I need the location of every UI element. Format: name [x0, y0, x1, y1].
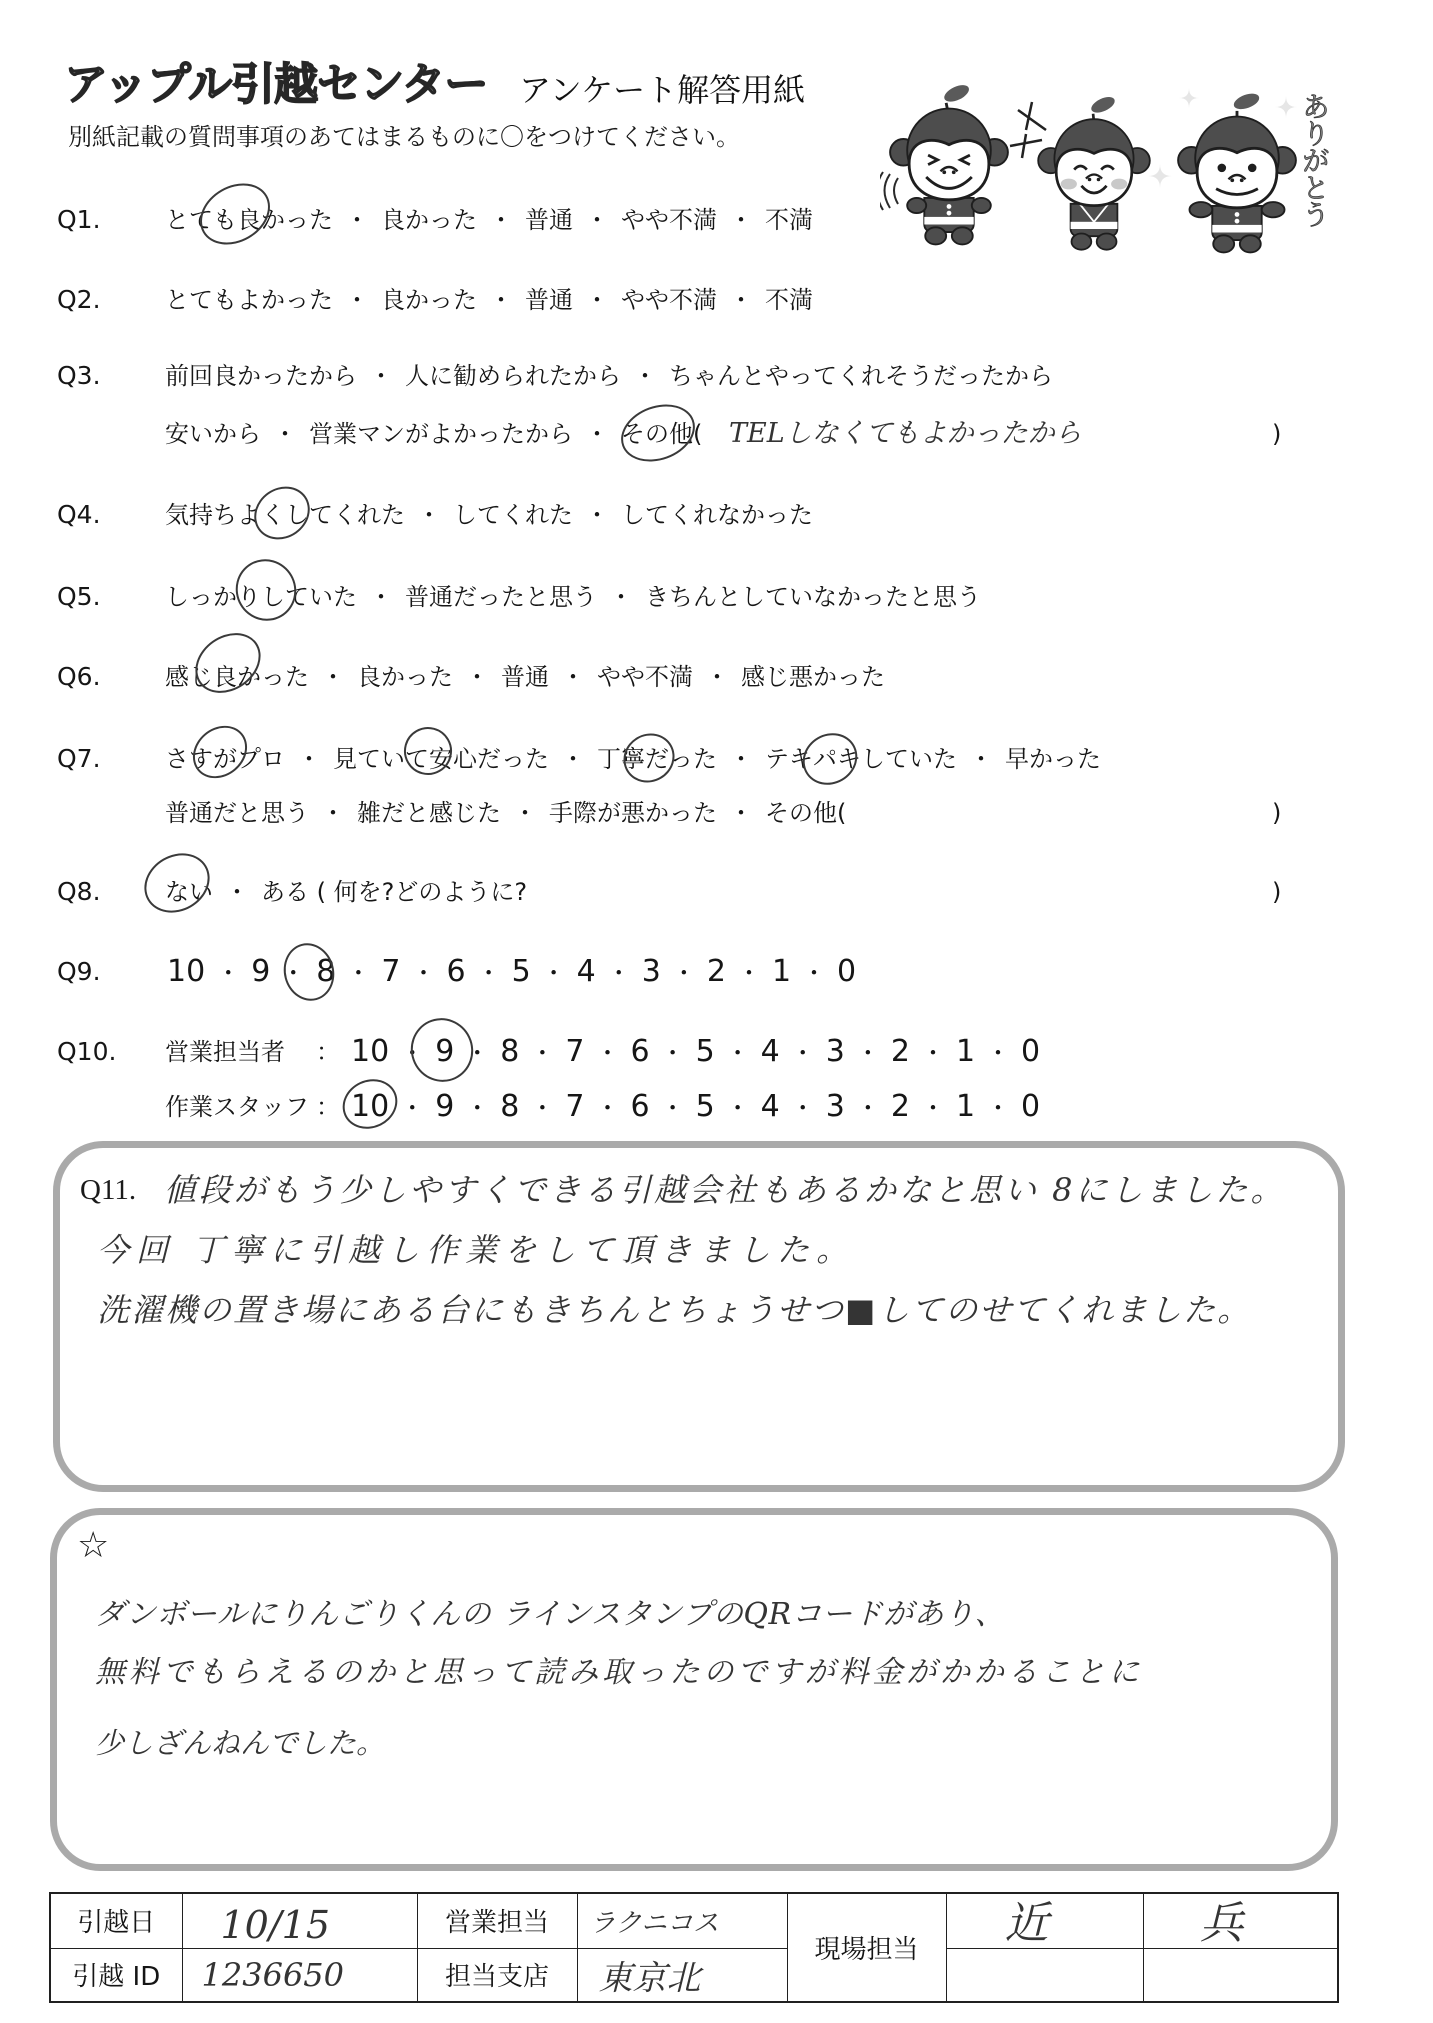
answer-circle-mark-q7 [182, 715, 257, 789]
option: 良かった [381, 286, 477, 314]
site-staff-cell: 兵 [1143, 1893, 1338, 1948]
option: 普通 [525, 286, 573, 314]
separator: ・ [780, 1091, 826, 1125]
option: 手際が悪かった [549, 799, 717, 827]
separator: ・ [717, 203, 765, 237]
question-label: Q4. [57, 498, 101, 532]
separator: ・ [285, 742, 333, 776]
question-7-line-2: 普通だと思う・雑だと感じた・手際が悪かった・その他( ) [0, 796, 1433, 830]
rating-scale: 10・9・8・7・6・5・4・3・2・1・0 [351, 1090, 1040, 1125]
question-label: Q11. [80, 1172, 136, 1208]
separator: ・ [584, 1036, 630, 1070]
rating-value: 5 [696, 1089, 715, 1124]
rating-target-label: 作業スタッフ [165, 1090, 309, 1124]
move-id-cell: 1236650 [182, 1948, 417, 2002]
separator: ・ [717, 796, 765, 830]
separator: ・ [261, 417, 309, 451]
separator: ・ [501, 796, 549, 830]
survey-answer-sheet: アップル引越センター アンケート解答用紙 別紙記載の質問事項のあてはまるものに〇… [0, 0, 1433, 2023]
separator: ・ [335, 956, 381, 990]
separator: ・ [519, 1091, 565, 1125]
option: やや不満 [621, 206, 717, 234]
separator: ・ [573, 498, 621, 532]
separator: ・ [650, 1036, 696, 1070]
rating-value: 2 [707, 954, 726, 989]
option: ちゃんとやってくれそうだったから [669, 362, 1053, 390]
separator: ・ [726, 956, 772, 990]
separator: ・ [357, 580, 405, 614]
option: やや不満 [621, 286, 717, 314]
closing-parenthesis: ) [1272, 417, 1281, 451]
separator: ・ [910, 1036, 956, 1070]
question-label: Q1. [57, 203, 101, 237]
option: 営業マンがよかったから [309, 420, 573, 448]
question-4: Q4. 気持ちよくしてくれた・してくれた・してくれなかった [0, 498, 1433, 532]
option-other: その他( [765, 799, 846, 827]
option: やや不満 [597, 663, 693, 691]
rating-value: 6 [630, 1034, 649, 1069]
separator: ・ [333, 283, 381, 317]
separator: ・ [957, 742, 1005, 776]
move-id-label: 引越 ID [50, 1948, 182, 2002]
brand-title: アップル引越センター [64, 57, 487, 113]
question-5: Q5. しっかりしていた・普通だったと思う・きちんとしていなかったと思う [0, 580, 1433, 614]
answer-circle-mark-q8 [134, 842, 221, 924]
option: 早かった [1005, 745, 1101, 773]
move-date-label: 引越日 [50, 1893, 182, 1948]
answer-circle-mark-q3 [613, 395, 703, 472]
rating-value: 5 [512, 954, 531, 989]
separator: ・ [717, 283, 765, 317]
separator: ・ [453, 660, 501, 694]
site-staff-cell: 近 [946, 1893, 1143, 1948]
answer-circle-mark-q7 [793, 723, 866, 794]
answer-circle-mark-q9 [277, 938, 340, 1007]
separator: ・ [309, 796, 357, 830]
question-8: Q8. ない・ある ( 何を?どのように? ) [0, 875, 1433, 909]
rating-value: 8 [500, 1089, 519, 1124]
rating-scale: 10・9・8・7・6・5・4・3・2・1・0 [167, 955, 856, 990]
rating-value: 5 [696, 1034, 715, 1069]
rating-value: 4 [761, 1089, 780, 1124]
separator: ・ [400, 956, 446, 990]
separator: ・ [519, 1036, 565, 1070]
separator: ・ [845, 1036, 891, 1070]
question-2: Q2. とてもよかった・良かった・普通・やや不満・不満 [0, 283, 1433, 317]
answer-circle-mark-q1 [189, 171, 281, 256]
sales-rep-cell: ラクニコス [577, 1893, 787, 1948]
separator: ・ [549, 742, 597, 776]
question-label: Q9. [57, 955, 101, 989]
option: テキパキしていた [765, 745, 957, 773]
rating-value: 4 [577, 954, 596, 989]
move-date-value: 10/15 [221, 1903, 331, 1947]
star-icon: ☆ [77, 1526, 109, 1566]
option: 普通 [525, 206, 573, 234]
option: ある ( 何を?どのように? [261, 878, 527, 906]
rating-value: 1 [956, 1089, 975, 1124]
colon: ： [316, 1090, 340, 1124]
rating-value: 7 [565, 1089, 584, 1124]
sales-rep-label: 営業担当 [417, 1893, 577, 1948]
answer-circle-mark-q4 [244, 476, 320, 550]
separator: ・ [573, 203, 621, 237]
option-list: 感じ良かった・良かった・普通・やや不満・感じ悪かった [165, 660, 885, 694]
rating-value: 3 [642, 954, 661, 989]
question-label: Q5. [57, 580, 101, 614]
answer-circle-mark-q10-sales [400, 1008, 483, 1092]
rating-value: 0 [1021, 1089, 1040, 1124]
rating-value: 7 [565, 1034, 584, 1069]
rating-value: 10 [351, 1034, 389, 1069]
rating-value: 0 [837, 954, 856, 989]
separator: ・ [791, 956, 837, 990]
separator: ・ [357, 359, 405, 393]
move-date-cell: 10/15 [182, 1893, 417, 1948]
move-id-value: 1236650 [202, 1956, 345, 1994]
table-row: 引越 ID 1236650 担当支店 東京北 [50, 1948, 1338, 2002]
question-label: Q8. [57, 875, 101, 909]
separator: ・ [573, 283, 621, 317]
question-label: Q3. [57, 359, 101, 393]
separator: ・ [477, 203, 525, 237]
question-label: Q2. [57, 283, 101, 317]
option: 良かった [381, 206, 477, 234]
separator: ・ [975, 1036, 1021, 1070]
closing-parenthesis: ) [1272, 796, 1281, 830]
site-staff-cell [1143, 1948, 1338, 2002]
separator: ・ [466, 956, 512, 990]
rating-value: 8 [500, 1034, 519, 1069]
separator: ・ [405, 498, 453, 532]
move-info-table: 引越日 10/15 営業担当 ラクニコス 現場担当 近 兵 引越 ID 1236… [49, 1892, 1339, 2003]
form-title: アンケート解答用紙 [519, 70, 805, 110]
branch-cell: 東京北 [577, 1948, 787, 2002]
option: 前回良かったから [165, 362, 357, 390]
colon: ： [316, 1035, 340, 1069]
rating-value: 4 [761, 1034, 780, 1069]
handwritten-answer-line: 値段がもう少しやすくできる引越会社もあるかなと思い 8にしました。 [164, 1168, 1286, 1212]
option: きちんとしていなかったと思う [645, 583, 981, 611]
rating-value: 9 [435, 1089, 454, 1124]
question-label: Q6. [57, 660, 101, 694]
separator: ・ [596, 956, 642, 990]
answer-circle-mark-q7 [614, 724, 683, 792]
table-row: 引越日 10/15 営業担当 ラクニコス 現場担当 近 兵 [50, 1893, 1338, 1948]
separator: ・ [333, 203, 381, 237]
option: 安いから [165, 420, 261, 448]
question-3: Q3. 前回良かったから・人に勧められたから・ちゃんとやってくれそうだったから [0, 359, 1433, 393]
branch-label: 担当支店 [417, 1948, 577, 2002]
handwritten-comment-line: 少しざんねんでした。 [95, 1722, 385, 1764]
branch-value: 東京北 [599, 1950, 701, 1999]
question-label: Q7. [57, 742, 101, 776]
answer-circle-mark-q5 [225, 548, 308, 632]
closing-parenthesis: ) [1272, 875, 1281, 909]
option-list: 普通だと思う・雑だと感じた・手際が悪かった・その他( [165, 796, 846, 830]
separator: ・ [661, 956, 707, 990]
rating-value: 6 [630, 1089, 649, 1124]
question-label: Q10. [57, 1035, 116, 1069]
separator: ・ [309, 660, 357, 694]
separator: ・ [584, 1091, 630, 1125]
option: 普通 [501, 663, 549, 691]
handwritten-answer-line: 洗濯機の置き場にある台にもきちんとちょうせつ■してのせてくれました。 [97, 1288, 1251, 1332]
separator: ・ [477, 283, 525, 317]
rating-value: 10 [167, 954, 205, 989]
question-9: Q9. 10・9・8・7・6・5・4・3・2・1・0 [0, 955, 1433, 989]
rating-value: 1 [772, 954, 791, 989]
separator: ・ [573, 417, 621, 451]
handwritten-answer-line: 今回 丁寧に引越し作業をして頂きました。 [97, 1228, 855, 1272]
sales-rep-value: ラクニコス [590, 1902, 719, 1939]
separator: ・ [715, 1036, 761, 1070]
separator: ・ [717, 742, 765, 776]
rating-target-label: 営業担当者 [165, 1035, 285, 1069]
option: とてもよかった [165, 286, 333, 314]
option: 普通だと思う [165, 799, 309, 827]
handwritten-comment-line: 無料でもらえるのかと思って読み取ったのですが料金がかかることに [95, 1652, 1143, 1694]
option: してくれなかった [621, 501, 813, 529]
site-staff-mark: 近 [1005, 1887, 1049, 1951]
handwritten-other-answer: TELしなくてもよかったから [729, 414, 1082, 454]
question-10-work-staff: 作業スタッフ ： 10・9・8・7・6・5・4・3・2・1・0 [0, 1090, 1433, 1124]
separator: ・ [531, 956, 577, 990]
rating-value: 0 [1021, 1034, 1040, 1069]
rating-value: 1 [956, 1034, 975, 1069]
handwritten-comment-line: ダンボールにりんごりくんの ラインスタンプのQRコードがあり、 [95, 1594, 1005, 1636]
rating-value: 3 [826, 1034, 845, 1069]
separator: ・ [975, 1091, 1021, 1125]
site-staff-label: 現場担当 [787, 1893, 946, 2002]
option: 雑だと感じた [357, 799, 501, 827]
separator: ・ [910, 1091, 956, 1125]
question-10-sales-rep: Q10. 営業担当者 ： 10・9・8・7・6・5・4・3・2・1・0 [0, 1035, 1433, 1069]
option: してくれた [453, 501, 573, 529]
separator: ・ [454, 1091, 500, 1125]
option: 不満 [765, 286, 813, 314]
option: 良かった [357, 663, 453, 691]
rating-value: 7 [381, 954, 400, 989]
separator: ・ [693, 660, 741, 694]
separator: ・ [205, 956, 251, 990]
option-list: とてもよかった・良かった・普通・やや不満・不満 [165, 283, 813, 317]
rating-value: 2 [891, 1034, 910, 1069]
option: 人に勧められたから [405, 362, 621, 390]
option: 普通だったと思う [405, 583, 597, 611]
separator: ・ [845, 1091, 891, 1125]
instruction-text: 別紙記載の質問事項のあてはまるものに〇をつけてください。 [68, 122, 740, 152]
question-3-line-2: 安いから・営業マンがよかったから・その他( TELしなくてもよかったから ) [0, 417, 1433, 451]
answer-circle-mark-q10-staff [334, 1070, 405, 1137]
separator: ・ [549, 660, 597, 694]
option-list: 前回良かったから・人に勧められたから・ちゃんとやってくれそうだったから [165, 359, 1053, 393]
option: 不満 [765, 206, 813, 234]
site-staff-cell [946, 1948, 1143, 2002]
separator: ・ [597, 580, 645, 614]
rating-value: 2 [891, 1089, 910, 1124]
option: 感じ悪かった [741, 663, 885, 691]
option-list: ない・ある ( 何を?どのように? [165, 875, 527, 909]
rating-value: 3 [826, 1089, 845, 1124]
separator: ・ [650, 1091, 696, 1125]
excitement-marks-icon [1010, 102, 1046, 158]
rating-value: 9 [251, 954, 270, 989]
site-staff-mark: 兵 [1200, 1887, 1244, 1951]
separator: ・ [715, 1091, 761, 1125]
separator: ・ [621, 359, 669, 393]
rating-value: 6 [446, 954, 465, 989]
separator: ・ [213, 875, 261, 909]
separator: ・ [780, 1036, 826, 1070]
